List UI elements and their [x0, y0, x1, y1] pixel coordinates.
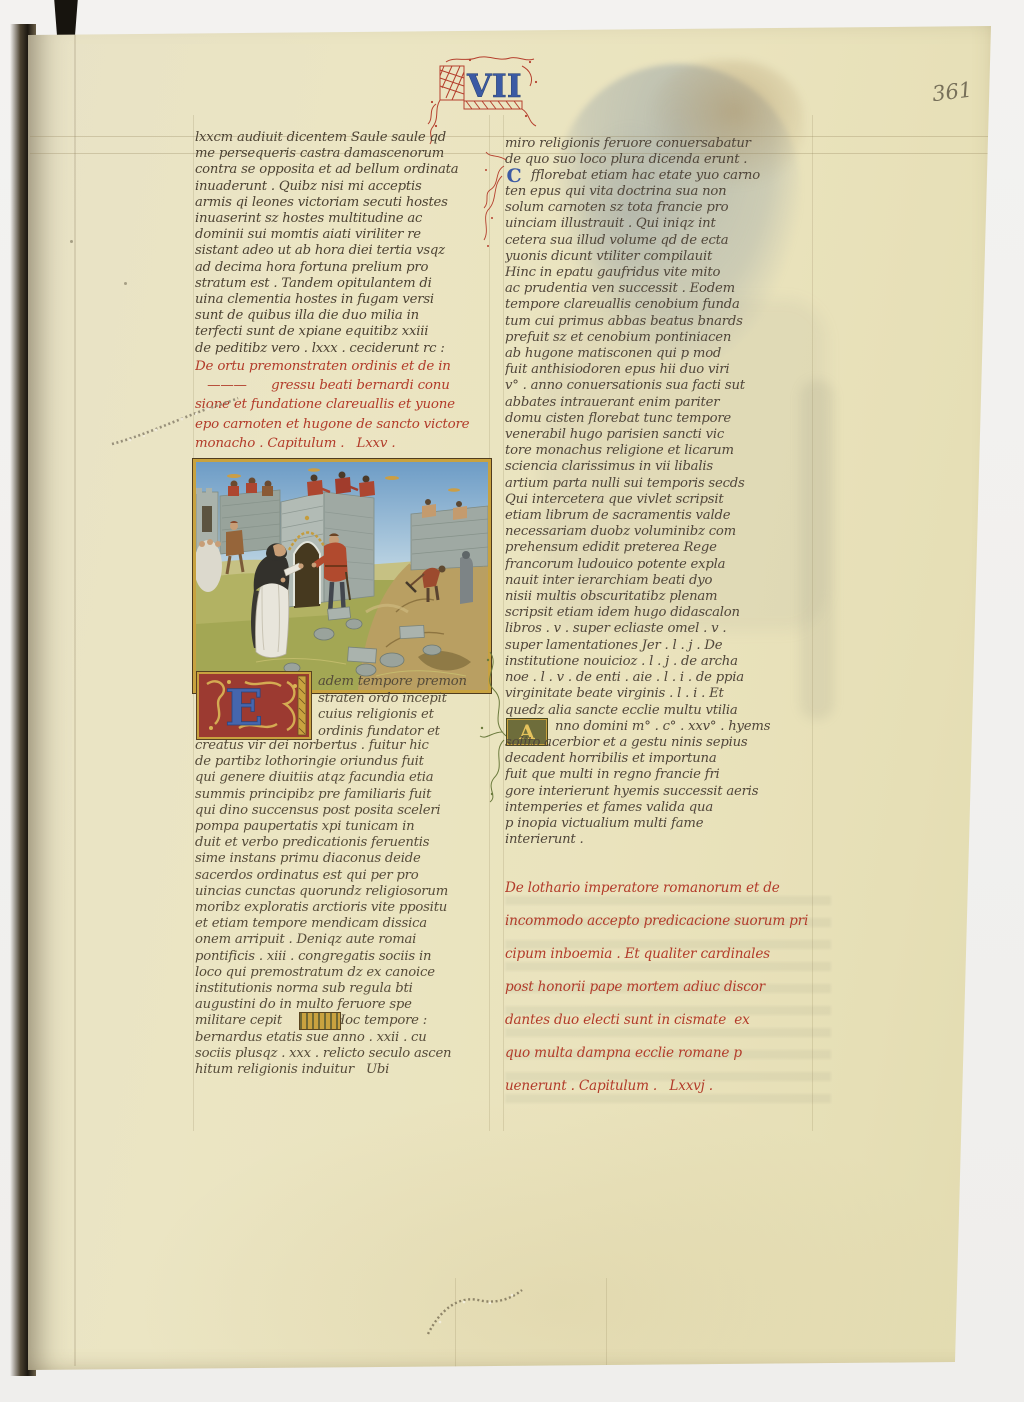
- text-line: sacerdos ordinatus est qui per pro: [195, 868, 495, 884]
- left-column-paragraph-2: creatus vir dei norbertus . fuitur hicde…: [195, 738, 495, 1078]
- text-line: institutione nouicioz . l . j . de archa: [505, 654, 817, 670]
- text-line: loco qui premostratum dz ex canoice: [195, 965, 495, 981]
- text-line: creatus vir dei norbertus . fuitur hic: [195, 738, 495, 754]
- rubric-line: De ortu premonstraten ordinis et de in: [195, 357, 495, 376]
- text-line: adem tempore premon: [318, 674, 494, 691]
- parchment-repair-stitch: [108, 392, 242, 452]
- text-line: uinciam illustrauit . Qui iniqz int: [505, 216, 817, 232]
- ruling-line: [606, 1278, 607, 1368]
- rubric-line: post honorii pape mortem adiuc discor: [505, 971, 821, 1004]
- text-line: inuaderunt . Quibz nisi mi acceptis: [195, 179, 491, 195]
- text-line: militare cepit Hoc tempore :: [195, 1013, 495, 1029]
- text-line: qui dino succensus post posita sceleri: [195, 803, 495, 819]
- text-line: stratum est . Tandem opitulantem di: [195, 276, 491, 292]
- text-line: armis qi leones victoriam secuti hostes: [195, 195, 491, 211]
- text-line: ab hugone matisconen qui p mod: [505, 346, 817, 362]
- right-column-a-line: nno domini m° . c° . xxv° . hyems: [555, 719, 813, 735]
- text-line: virginitate beate virginis . l . i . Et: [505, 686, 817, 702]
- text-line: summis principibz pre familiaris fuit: [195, 787, 495, 803]
- text-line: tempore clareuallis cenobium funda: [505, 297, 817, 313]
- left-column-paragraph-2-wrapped: adem tempore premonstraten ordo incepitc…: [318, 674, 494, 740]
- text-line: nauit inter ierarchiam beati dyo: [505, 573, 817, 589]
- text-line: uincias cunctas quorundz religiosorum: [195, 884, 495, 900]
- text-line: Qui intercetera que vivlet scripsit: [505, 492, 817, 508]
- text-line: augustini do in multo feruore spe: [195, 997, 495, 1013]
- text-line: et etiam tempore mendicam dissica: [195, 916, 495, 932]
- text-line: miro religionis feruore conuersabatur: [505, 136, 817, 152]
- ruling-line: [503, 115, 504, 1131]
- text-line: tum cui primus abbas beatus bnards: [505, 314, 817, 330]
- text-line: fuit anthisiodoren epus hii duo viri: [505, 362, 817, 378]
- text-line: fuit que multi in regno francie fri: [505, 767, 817, 783]
- text-line: prefuit sz et cenobium pontiniacen: [505, 330, 817, 346]
- text-line: venerabil hugo parisien sancti vic: [505, 427, 817, 443]
- right-column-paragraph-1: miro religionis feruore conuersabaturde …: [505, 136, 817, 168]
- text-line: abbates intrauerant enim pariter: [505, 395, 817, 411]
- bookmark-tab: [52, 0, 80, 36]
- text-line: duit et verbo predicationis feruentis: [195, 835, 495, 851]
- text-line: super lamentationes Jer . l . j . De: [505, 638, 817, 654]
- text-line: me persequeris castra damascenorum: [195, 146, 491, 162]
- text-line: etiam librum de sacramentis valde: [505, 508, 817, 524]
- text-line: cetera sua illud volume qd de ecta: [505, 233, 817, 249]
- text-line: sciencia clarissimus in vii libalis: [505, 459, 817, 475]
- text-line: domu cisten florebat tunc tempore: [505, 411, 817, 427]
- rubric-line: quo multa dampna ecclie romane p: [505, 1037, 821, 1070]
- text-line: moribz exploratis arctioris vite ppositu: [195, 900, 495, 916]
- rubric-line: uenerunt . Capitulum . Lxxvj .: [505, 1070, 821, 1103]
- text-line: terfecti sunt de xpiane equitibz xxiii: [195, 324, 491, 340]
- text-line: scripsit etiam idem hugo didascalon: [505, 605, 817, 621]
- text-line: onem arripuit . Deniqz aute romai: [195, 932, 495, 948]
- text-line: ten epus qui vita doctrina sua non: [505, 184, 817, 200]
- text-line: de quo suo loco plura dicenda erunt .: [505, 152, 817, 168]
- numeral-vii: VII: [466, 67, 522, 105]
- text-line: Hinc in epatu gaufridus vite mito: [505, 265, 817, 281]
- illuminated-initial-E: E: [197, 672, 311, 739]
- miniature-construction-scene: [193, 459, 491, 693]
- text-line: bernardus etatis sue anno . xxii . cu: [195, 1030, 495, 1046]
- wormhole: [124, 282, 127, 285]
- text-line: solito acerbior et a gestu ninis sepius: [505, 735, 817, 751]
- text-line: prehensum edidit preterea Rege: [505, 540, 817, 556]
- right-column-paragraph-2: ten epus qui vita doctrina sua nonsolum …: [505, 184, 817, 719]
- left-column-paragraph-1: lxxcm audiuit dicentem Saule saule qdme …: [195, 130, 491, 357]
- text-line: ac prudentia ven successit . Eodem: [505, 281, 817, 297]
- text-line: de peditibz vero . lxxx . ceciderunt rc …: [195, 341, 491, 357]
- text-line: pontificis . xiii . congregatis sociis i…: [195, 949, 495, 965]
- text-line: quedz alia sancte ecclie multu vtilia: [505, 703, 817, 719]
- parchment-crease: [74, 30, 76, 1366]
- rubric-line: cipum inboemia . Et qualiter cardinales: [505, 938, 821, 971]
- text-line: necessariam duobz voluminibz com: [505, 524, 817, 540]
- text-line: qui genere diuitiis atqz facundia etia: [195, 770, 495, 786]
- rubric-line: incommodo accepto predicacione suorum pr…: [505, 905, 821, 938]
- wormhole: [70, 240, 73, 243]
- text-line: sime instans primu diaconus deide: [195, 851, 495, 867]
- text-line: gore interierunt hyemis successit aeris: [505, 784, 817, 800]
- text-line: institutionis norma sub regula bti: [195, 981, 495, 997]
- text-line: noe . l . v . de enti . aie . l . i . de…: [505, 670, 817, 686]
- rubric-line: De lothario imperatore romanorum et de: [505, 872, 821, 905]
- text-line: libros . v . super ecliaste omel . v .: [505, 621, 817, 637]
- text-line: pompa paupertatis xpi tunicam in: [195, 819, 495, 835]
- text-line: francorum ludouico potente expla: [505, 557, 817, 573]
- text-line: uina clementia hostes in fugam versi: [195, 292, 491, 308]
- text-line: nisii multis obscuritatibz plenam: [505, 589, 817, 605]
- right-column-rubric: De lothario imperatore romanorum et dein…: [505, 872, 821, 1103]
- text-line: p inopia victualium multi fame: [505, 816, 817, 832]
- text-line: inuaserint sz hostes multitudine ac: [195, 211, 491, 227]
- text-line: lxxcm audiuit dicentem Saule saule qd: [195, 130, 491, 146]
- text-line: intemperies et fames valida qua: [505, 800, 817, 816]
- manuscript-page: 361 VII lxxcm audiuit dicentem Saule sau…: [28, 26, 991, 1370]
- right-column-c-line: fflorebat etiam hac etate yuo carno: [505, 168, 813, 184]
- text-line: sociis plusqz . xxx . relicto seculo asc…: [195, 1046, 495, 1062]
- text-line: cuius religionis et: [318, 707, 494, 724]
- text-line: dominii sui momtis aiati viriliter re: [195, 227, 491, 243]
- initial-letter: E: [225, 678, 263, 737]
- text-line: artium parta nulli sui temporis secds: [505, 476, 817, 492]
- text-line: sunt de quibus illa die duo milia in: [195, 308, 491, 324]
- text-line: hitum religionis induitur Ubi: [195, 1062, 495, 1078]
- text-line: nno domini m° . c° . xxv° . hyems: [555, 719, 770, 734]
- parchment-repair-squiggle: [420, 1282, 530, 1342]
- folio-number: 361: [931, 74, 1003, 106]
- text-line: interierunt .: [505, 832, 817, 848]
- right-column-paragraph-3: solito acerbior et a gestu ninis sepiusd…: [505, 735, 817, 848]
- gilded-paragraph-mark: [299, 1012, 341, 1030]
- text-line: de partibz lothoringie oriundus fuit: [195, 754, 495, 770]
- text-line: sistant adeo ut ab hora diei tertia vsqz: [195, 243, 491, 259]
- text-line: solum carnoten sz tota francie pro: [505, 200, 817, 216]
- text-line: ad decima hora fortuna prelium pro: [195, 260, 491, 276]
- text-line: v° . anno conuersationis sua facti sut: [505, 378, 817, 394]
- text-line: contra se opposita et ad bellum ordinata: [195, 162, 491, 178]
- text-line: fflorebat etiam hac etate yuo carno: [531, 168, 760, 183]
- text-line: decadent horribilis et importuna: [505, 751, 817, 767]
- text-line: tore monachus religione et licarum: [505, 443, 817, 459]
- text-line: straten ordo incepit: [318, 691, 494, 708]
- rubric-line: dantes duo electi sunt in cismate ex: [505, 1004, 821, 1037]
- text-line: yuonis dicunt vtiliter compilauit: [505, 249, 817, 265]
